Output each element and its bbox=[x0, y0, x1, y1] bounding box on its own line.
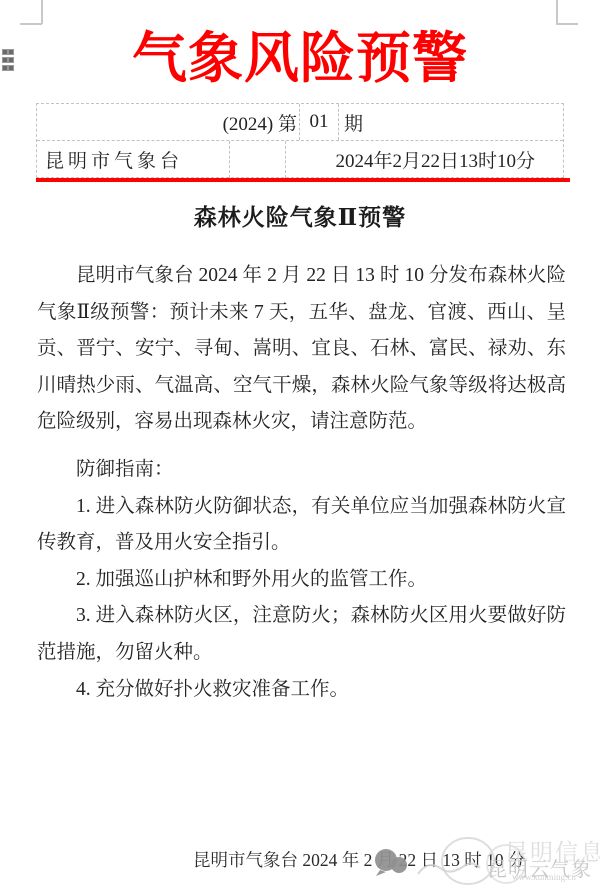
defense-guide: 防御指南： 1. 进入森林防火防御状态，有关单位应当加强森林防火宣传教育，普及用… bbox=[37, 452, 566, 708]
issue-suffix: 期 bbox=[339, 104, 563, 140]
guide-item-3: 3. 进入森林防火区，注意防火；森林防火区用火要做好防范措施，勿留火种。 bbox=[37, 598, 566, 671]
issue-row: (2024) 第 01 期 bbox=[37, 104, 563, 140]
guide-item-1: 1. 进入森林防火防御状态，有关单位应当加强森林防火宣传教育，普及用火安全指引。 bbox=[37, 489, 566, 562]
watermark-url: www.kunming.cn bbox=[512, 872, 576, 882]
empty-cell bbox=[229, 141, 286, 178]
red-divider-line bbox=[36, 178, 570, 182]
agency-row: 昆明市气象台 2024年2月22日13时10分 bbox=[37, 140, 563, 178]
crop-mark-top-left-icon bbox=[41, 0, 43, 24]
issue-datetime: 2024年2月22日13时10分 bbox=[286, 141, 563, 178]
document-title: 气象风险预警 bbox=[0, 26, 600, 90]
crop-mark-top-right-icon bbox=[556, 0, 558, 24]
crop-mark-top-left-icon bbox=[20, 23, 42, 25]
guide-item-4: 4. 充分做好扑火救灾准备工作。 bbox=[37, 672, 566, 709]
footer-signature: 昆明市气象台 2024 年 2 月 22 日 13 时 10 分 bbox=[193, 847, 526, 872]
guide-title: 防御指南： bbox=[37, 452, 566, 489]
issuing-agency: 昆明市气象台 bbox=[37, 141, 229, 178]
warning-headline: 森林火险气象Ⅱ预警 bbox=[0, 199, 600, 232]
issue-number: 01 bbox=[299, 104, 339, 140]
guide-item-2: 2. 加强巡山护林和野外用火的监管工作。 bbox=[37, 562, 566, 599]
crop-mark-top-right-icon bbox=[556, 23, 578, 25]
warning-body: 昆明市气象台 2024 年 2 月 22 日 13 时 10 分发布森林火险气象… bbox=[37, 258, 566, 441]
document-page: 气象风险预警 (2024) 第 01 期 昆明市气象台 2024年2月22日13… bbox=[0, 0, 600, 887]
header-table: (2024) 第 01 期 昆明市气象台 2024年2月22日13时10分 bbox=[36, 103, 564, 178]
warning-body-paragraph: 昆明市气象台 2024 年 2 月 22 日 13 时 10 分发布森林火险气象… bbox=[37, 258, 566, 441]
issue-prefix: (2024) 第 bbox=[37, 104, 299, 140]
